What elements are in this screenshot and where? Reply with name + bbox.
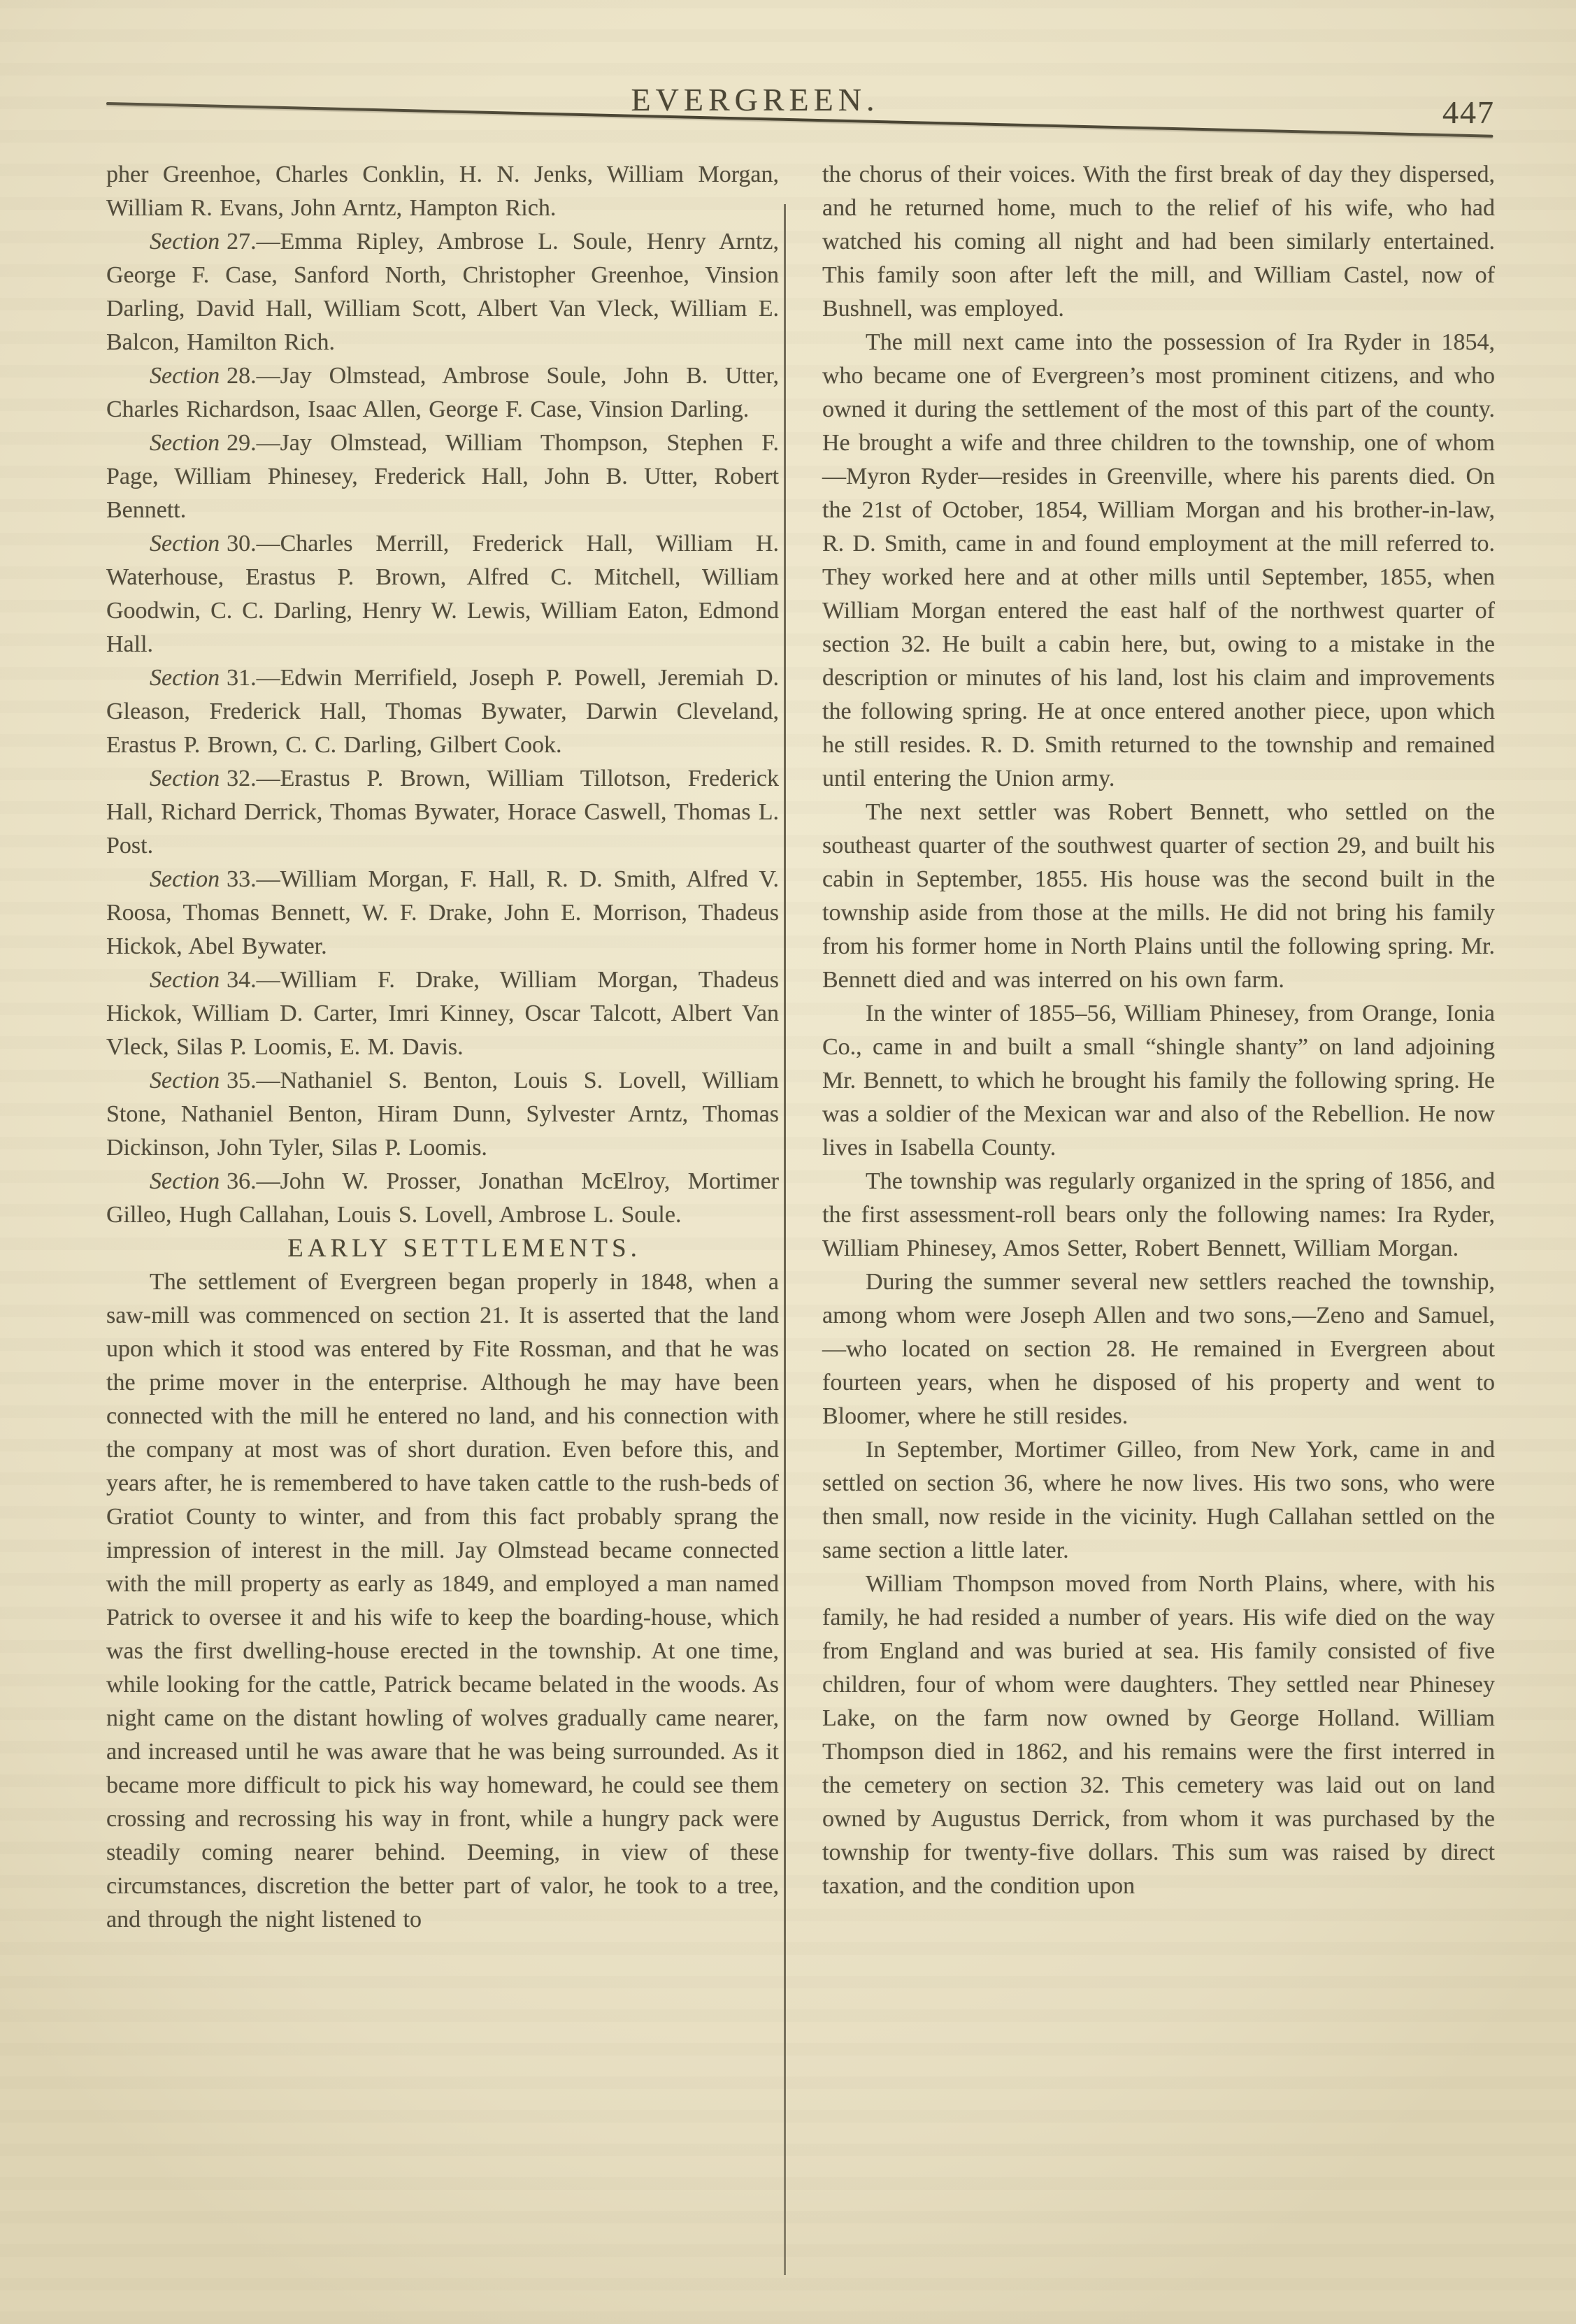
section-paragraph-34: Section34.—William F. Drake, William Mor… <box>106 963 779 1064</box>
running-title: EVERGREEN. <box>0 81 1510 118</box>
settlement-paragraph: The settlement of Evergreen began proper… <box>106 1265 779 1937</box>
section-label: Section <box>150 1068 220 1093</box>
section-label: Section <box>150 363 220 389</box>
body-paragraph: In September, Mortimer Gilleo, from New … <box>822 1433 1495 1568</box>
column-divider-rule <box>784 204 786 2275</box>
section-paragraph-32: Section32.—Erastus P. Brown, William Til… <box>106 762 779 863</box>
section-label: Section <box>150 531 220 557</box>
right-column: the chorus of their voices. With the fir… <box>822 158 1495 1903</box>
body-paragraph: William Thompson moved from North Plains… <box>822 1568 1495 1903</box>
body-paragraph: The next settler was Robert Bennett, who… <box>822 796 1495 997</box>
body-paragraph: In the winter of 1855–56, William Phines… <box>822 997 1495 1165</box>
body-paragraph: The mill next came into the possession o… <box>822 326 1495 796</box>
body-paragraph: The township was regularly organized in … <box>822 1165 1495 1265</box>
section-label: Section <box>150 866 220 892</box>
section-paragraph-29: Section29.—Jay Olmstead, William Thompso… <box>106 426 779 527</box>
section-paragraph-35: Section35.—Nathaniel S. Benton, Louis S.… <box>106 1064 779 1165</box>
section-paragraph-27: Section27.—Emma Ripley, Ambrose L. Soule… <box>106 225 779 359</box>
section-paragraph-31: Section31.—Edwin Merrifield, Joseph P. P… <box>106 661 779 762</box>
body-paragraph: During the summer several new settlers r… <box>822 1265 1495 1433</box>
section-paragraph-28: Section28.—Jay Olmstead, Ambrose Soule, … <box>106 359 779 426</box>
section-paragraph-33: Section33.—William Morgan, F. Hall, R. D… <box>106 863 779 963</box>
section-label: Section <box>150 766 220 791</box>
continuation-paragraph: pher Greenhoe, Charles Conklin, H. N. Je… <box>106 158 779 225</box>
body-paragraph: the chorus of their voices. With the fir… <box>822 158 1495 326</box>
section-label: Section <box>150 430 220 456</box>
section-paragraph-30: Section30.—Charles Merrill, Frederick Ha… <box>106 527 779 661</box>
page-number: 447 <box>1442 94 1495 131</box>
section-label: Section <box>150 665 220 691</box>
section-paragraph-36: Section36.—John W. Prosser, Jonathan McE… <box>106 1165 779 1232</box>
early-settlements-heading: EARLY SETTLEMENTS. <box>106 1232 779 1265</box>
section-label: Section <box>150 967 220 993</box>
scanned-book-page: EVERGREEN. 447 pher Greenhoe, Charles Co… <box>0 0 1576 2324</box>
section-label: Section <box>150 229 220 254</box>
section-label: Section <box>150 1168 220 1194</box>
left-column: pher Greenhoe, Charles Conklin, H. N. Je… <box>106 158 779 1937</box>
